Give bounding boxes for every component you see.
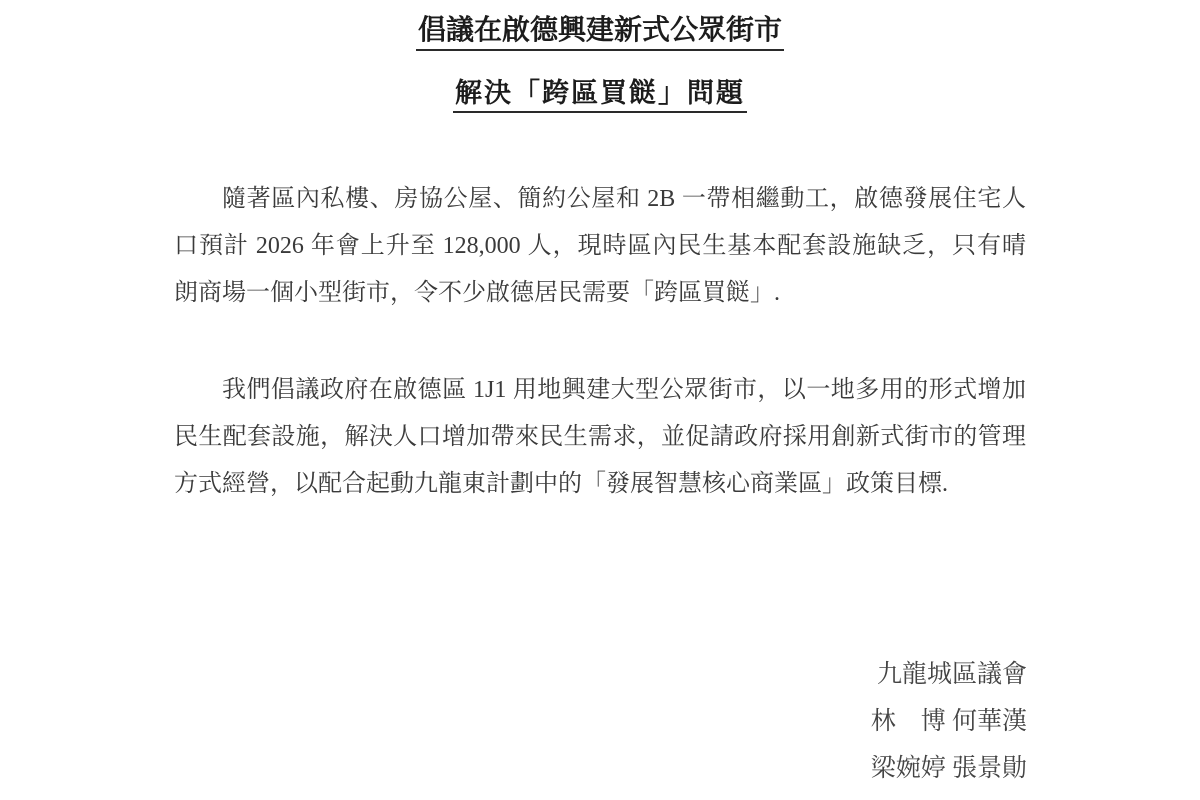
document-page: 倡議在啟德興建新式公眾街市 解決「跨區買餸」問題 隨著區內私樓、房協公屋、簡約公… [0,0,1200,800]
signature-line: 林 博 何華漢 [871,698,1027,745]
body-line: 隨著區內私樓、房協公屋、簡約公屋和 2B 一帶相繼動工，啟德發展住宅人 [174,176,1026,223]
body-line: 我們倡議政府在啟德區 1J1 用地興建大型公眾街市，以一地多用的形式增加 [174,367,1026,414]
body-line: 方式經營，以配合起動九龍東計劃中的「發展智慧核心商業區」政策目標. [174,461,1026,508]
paragraph: 我們倡議政府在啟德區 1J1 用地興建大型公眾街市，以一地多用的形式增加民生配套… [174,367,1026,508]
body-line: 口預計 2026 年會上升至 128,000 人，現時區內民生基本配套設施缺乏，… [174,223,1026,270]
paragraph: 隨著區內私樓、房協公屋、簡約公屋和 2B 一帶相繼動工，啟德發展住宅人口預計 2… [174,176,1026,317]
title-row: 倡議在啟德興建新式公眾街市 [0,15,1200,51]
body-line: 民生配套設施，解決人口增加帶來民生需求，並促請政府採用創新式街市的管理 [174,414,1026,461]
document-subtitle: 解決「跨區買餸」問題 [453,78,747,113]
document-title: 倡議在啟德興建新式公眾街市 [416,15,784,51]
signature-block: 九龍城區議會林 博 何華漢梁婉婷 張景勛 [871,651,1027,792]
signature-line: 梁婉婷 張景勛 [871,745,1027,792]
document-body: 隨著區內私樓、房協公屋、簡約公屋和 2B 一帶相繼動工，啟德發展住宅人口預計 2… [174,176,1026,508]
signature-line: 九龍城區議會 [871,651,1027,698]
subtitle-row: 解決「跨區買餸」問題 [0,78,1200,113]
body-line: 朗商場一個小型街市，令不少啟德居民需要「跨區買餸」. [174,270,1026,317]
